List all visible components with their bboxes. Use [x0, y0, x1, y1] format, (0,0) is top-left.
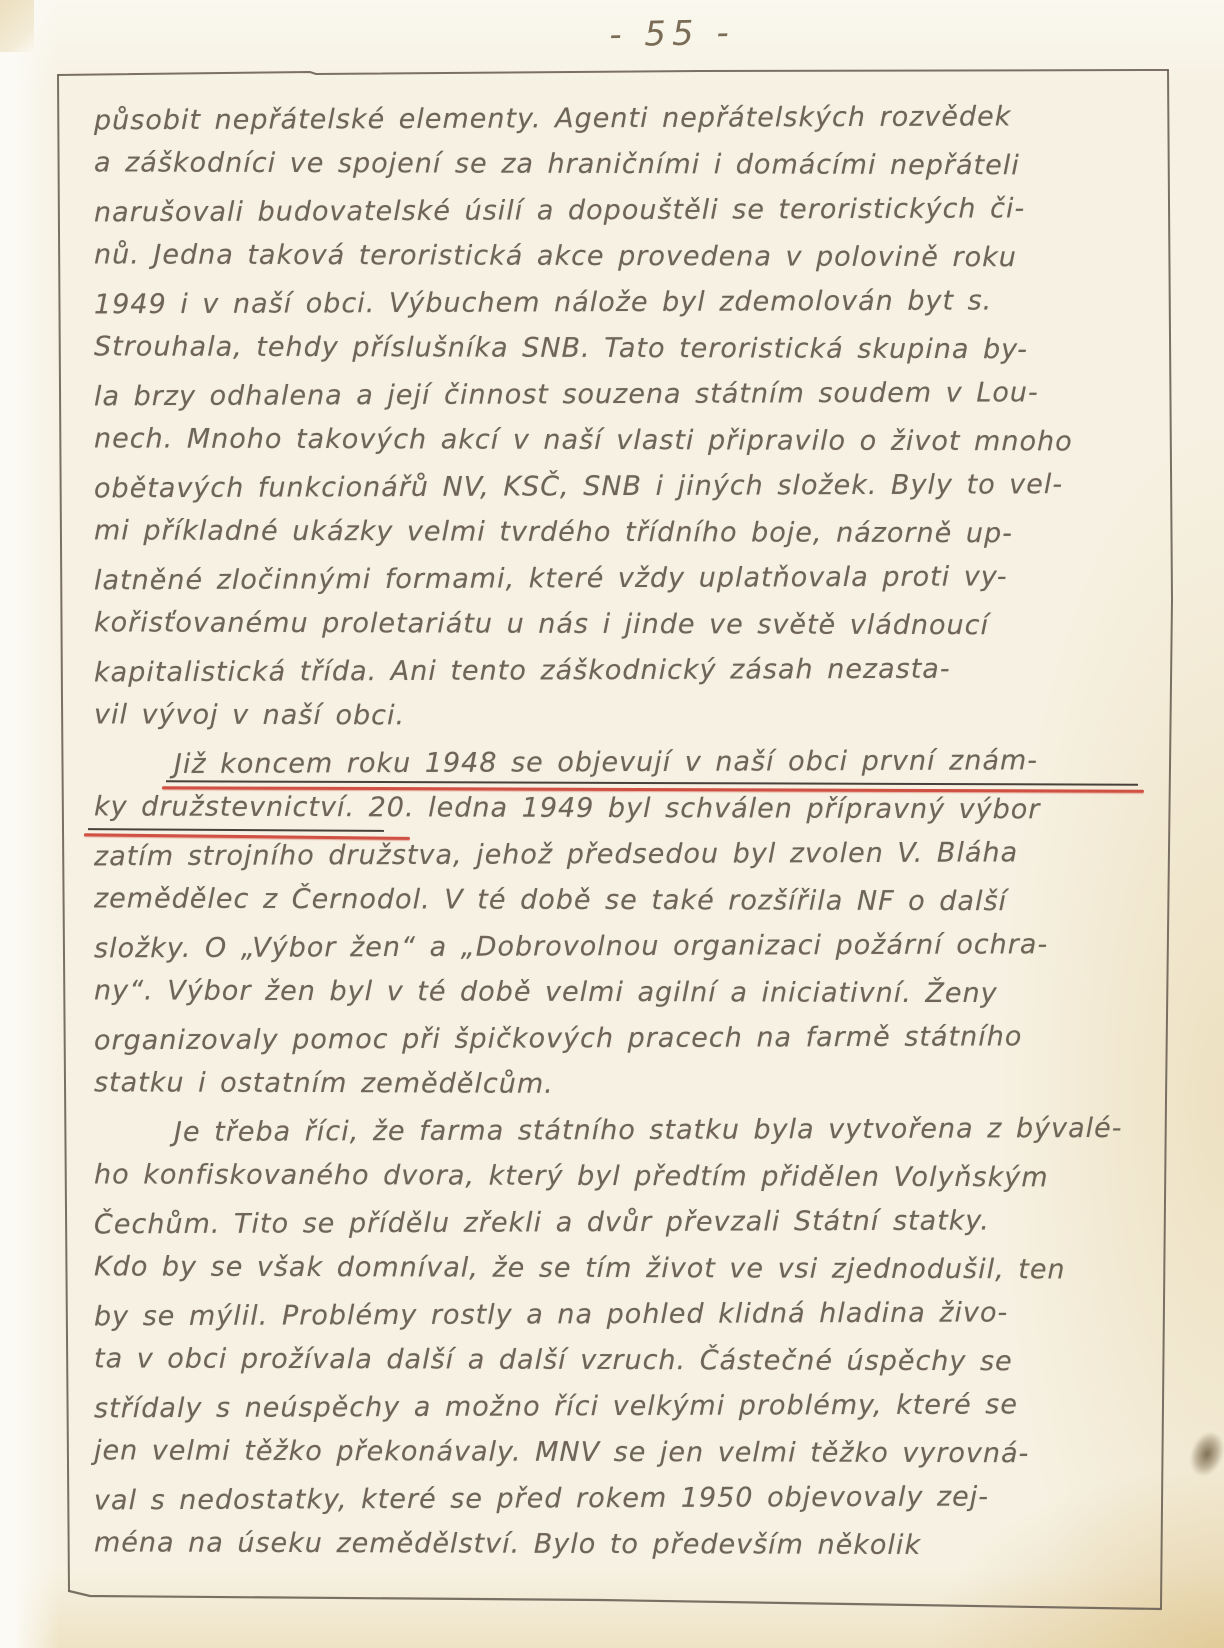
text-line: ta v obci prožívala další a další vzruch… [94, 1336, 1156, 1385]
text-line: ho konfiskovaného dvora, který byl předt… [94, 1152, 1156, 1201]
text-line: a záškodníci ve spojení se za hraničními… [94, 140, 1156, 189]
text-line: Je třeba říci, že farma státního statku … [94, 1106, 1156, 1157]
handwritten-text: působit nepřátelské elementy. Agenti nep… [94, 96, 1156, 1568]
text-line: nech. Mnoho takových akcí v naší vlasti … [94, 416, 1156, 465]
text-line: složky. O „Výbor žen“ a „Dobrovolnou org… [94, 922, 1156, 973]
text-line: mi příkladné ukázky velmi tvrdého třídní… [94, 508, 1156, 557]
text-line: kořisťovanému proletariátu u nás i jinde… [94, 600, 1156, 649]
text-line: obětavých funkcionářů NV, KSČ, SNB i jin… [94, 462, 1156, 513]
text-line: kapitalistická třída. Ani tento záškodni… [94, 646, 1156, 697]
text-line: narušovali budovatelské úsilí a dopouště… [94, 186, 1156, 237]
text-line: la brzy odhalena a její činnost souzena … [94, 370, 1156, 421]
text-line: val s nedostatky, které se před rokem 19… [94, 1474, 1156, 1525]
text-line: latněné zločinnými formami, které vždy u… [94, 554, 1156, 605]
text-line: jen velmi těžko překonávaly. MNV se jen … [94, 1428, 1156, 1477]
text-line: střídaly s neúspěchy a možno říci velkým… [94, 1382, 1156, 1433]
text-line: ny“. Výbor žen byl v té době velmi agiln… [94, 968, 1156, 1017]
text-line: ména na úseku zemědělství. Bylo to přede… [94, 1520, 1156, 1569]
text-line: vil vývoj v naší obci. [94, 692, 1156, 741]
text-line: nů. Jedna taková teroristická akce prove… [94, 232, 1156, 281]
text-line: Strouhala, tehdy příslušníka SNB. Tato t… [94, 324, 1156, 373]
text-line: by se mýlil. Problémy rostly a na pohled… [94, 1290, 1156, 1341]
text-line: organizovaly pomoc při špičkových pracec… [94, 1014, 1156, 1065]
text-line: 1949 i v naší obci. Výbuchem nálože byl … [94, 278, 1156, 329]
text-line: zemědělec z Černodol. V té době se také … [94, 876, 1156, 925]
text-line: Čechům. Tito se přídělu zřekli a dvůr př… [94, 1198, 1156, 1249]
text-line: působit nepřátelské elementy. Agenti nep… [94, 94, 1156, 145]
text-line: statku i ostatním zemědělcům. [94, 1060, 1156, 1109]
page-number: - 55 - [552, 12, 793, 56]
scanned-page: - 55 - působit nepřátelské elementy. Age… [0, 0, 1224, 1648]
text-line: Kdo by se však domníval, že se tím život… [94, 1244, 1156, 1293]
